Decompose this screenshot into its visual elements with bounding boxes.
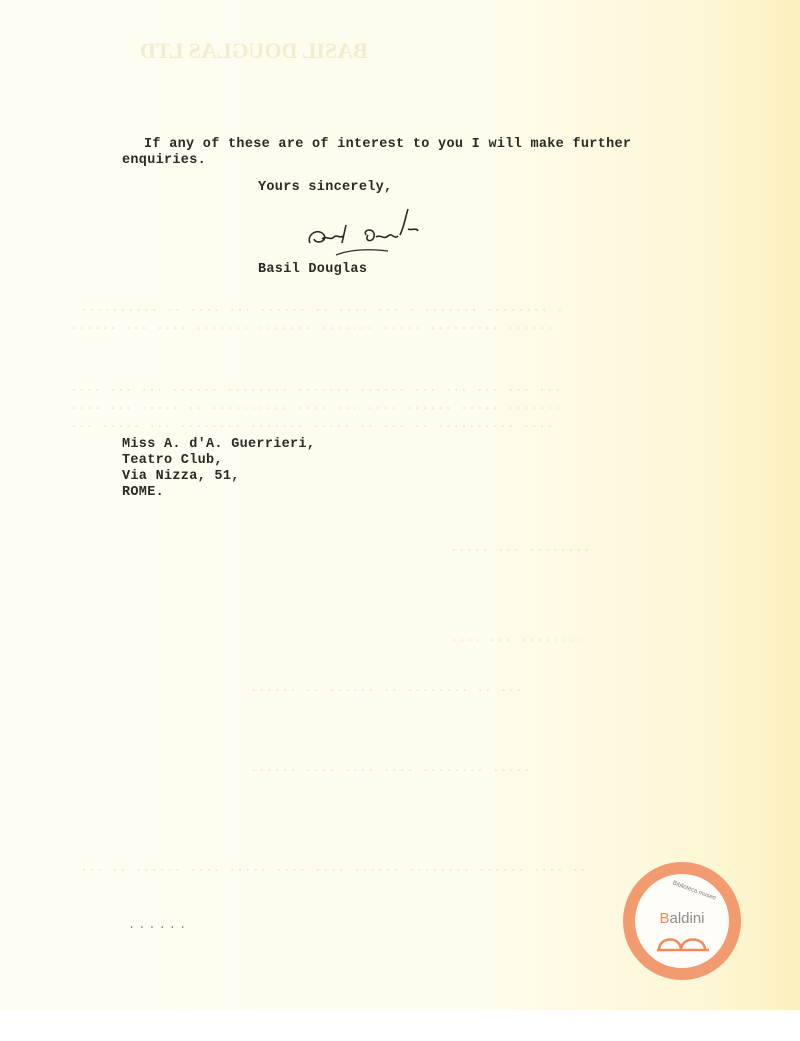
bleed-through-text: .... .......... .. ... .. ..... ....... … xyxy=(70,416,554,431)
bleed-through-letterhead: BASIL DOUGLAS LTD xyxy=(140,38,368,64)
bleed-through-text: . ........ ....... . ... .... .. ...... … xyxy=(80,300,564,315)
bleed-through-text: ...... ......... ..... ....... ....... .… xyxy=(70,318,554,333)
book-arch-icon xyxy=(657,932,709,952)
bleed-through-text: ..... ........ .... .... .... ...... xyxy=(250,760,531,775)
recipient-organisation: Teatro Club, xyxy=(122,453,315,469)
bleed-through-text: ........ ... ..... xyxy=(450,540,590,555)
body-line-1: If any of these are of interest to you I… xyxy=(122,137,702,153)
archive-stamp-logo: Biblioteca museo Baldini xyxy=(623,862,741,980)
bleed-through-text: ........ ... .... xyxy=(450,630,583,645)
logo-small-text: Biblioteca museo xyxy=(671,880,716,902)
body-paragraph: If any of these are of interest to you I… xyxy=(122,137,702,169)
recipient-city: ROME. xyxy=(122,485,315,501)
handwritten-signature xyxy=(296,205,456,265)
recipient-name: Miss A. d'A. Guerrieri, xyxy=(122,437,315,453)
bleed-through-text: ... ... ... ... ... ...... ....... .....… xyxy=(70,380,561,395)
recipient-address: Miss A. d'A. Guerrieri, Teatro Club, Via… xyxy=(122,437,315,501)
closing-salutation: Yours sincerely, xyxy=(258,180,392,196)
recipient-street: Via Nizza, 51, xyxy=(122,469,315,485)
letter-page: BASIL DOUGLAS LTD . ........ ....... . .… xyxy=(0,0,800,1010)
bleed-through-text: ... .. ........ .. ...... .. ...... xyxy=(250,680,523,695)
bleed-through-text: ....... ..... ...... .... ... .... .....… xyxy=(70,398,561,413)
signatory-name: Basil Douglas xyxy=(258,262,367,278)
trailing-dots: ...... xyxy=(128,917,189,933)
logo-label: Baldini xyxy=(635,910,729,927)
bleed-through-text: .. .... ...... ........ ...... .... ....… xyxy=(80,860,587,875)
body-line-2: enquiries. xyxy=(122,153,206,168)
